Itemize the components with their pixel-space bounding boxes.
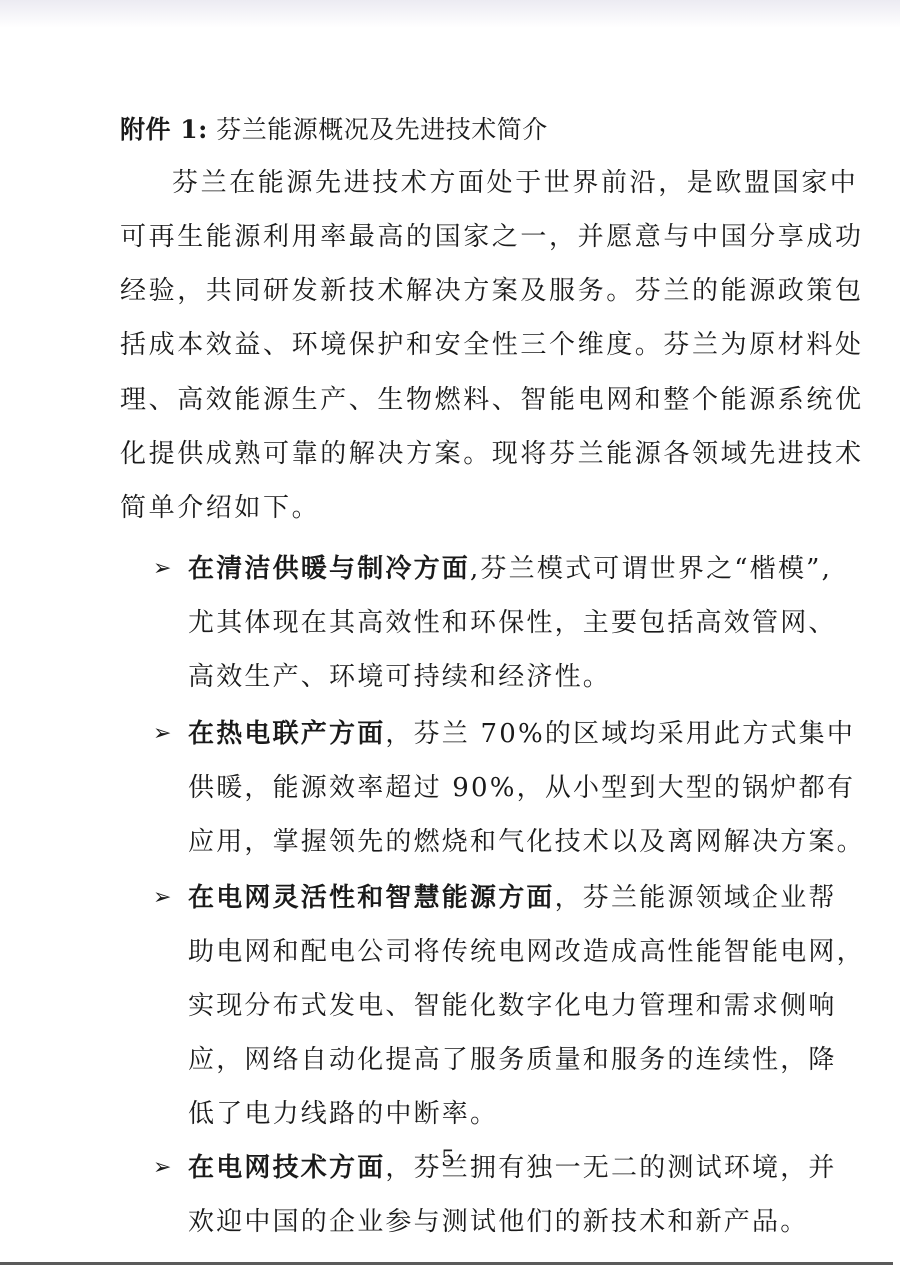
bullet-text: ，芬兰能源领域企业帮 <box>555 883 837 913</box>
arrow-bullet-icon: ➢ <box>153 718 171 750</box>
intro-line: 经验，共同研发新技术解决方案及服务。芬兰的能源政策包 <box>120 275 864 307</box>
bullet-line: 尤其体现在其高效性和环保性，主要包括高效管网、 <box>188 607 837 639</box>
intro-line: 简单介绍如下。 <box>120 492 320 524</box>
bullet-line: 低了电力线路的中断率。 <box>188 1098 498 1130</box>
page-number: - 5 - <box>0 1147 900 1172</box>
intro-line: 可再生能源利用率最高的国家之一，并愿意与中国分享成功 <box>120 221 864 253</box>
bullet-text: ，芬兰 70%的区域均采用此方式集中 <box>385 719 855 749</box>
bullet-heading: 在清洁供暖与制冷方面 <box>188 554 470 584</box>
bullet-text: ,芬兰模式可谓世界之“楷模”, <box>470 554 832 584</box>
bullet-item-clean-heating: 在清洁供暖与制冷方面,芬兰模式可谓世界之“楷模”, <box>188 553 832 585</box>
bullet-line: 实现分布式发电、智能化数字化电力管理和需求侧响 <box>188 990 837 1022</box>
intro-line: 理、高效能源生产、生物燃料、智能电网和整个能源系统优 <box>120 384 864 416</box>
title-text: 芬兰能源概况及先进技术简介 <box>216 115 548 144</box>
bullet-line: 供暖，能源效率超过 90%，从小型到大型的锅炉都有 <box>188 772 855 804</box>
intro-line: 化提供成熟可靠的解决方案。现将芬兰能源各领域先进技术 <box>120 438 864 470</box>
title-prefix: 附件 1: <box>120 115 208 144</box>
bullet-item-chp: 在热电联产方面，芬兰 70%的区域均采用此方式集中 <box>188 718 855 750</box>
bullet-line: 高效生产、环境可持续和经济性。 <box>188 661 611 693</box>
bullet-heading: 在热电联产方面 <box>188 719 385 749</box>
arrow-bullet-icon: ➢ <box>153 553 171 585</box>
document-page: 附件 1: 芬兰能源概况及先进技术简介 芬兰在能源先进技术方面处于世界前沿，是欧… <box>0 0 900 1267</box>
bullet-item-grid-flexibility: 在电网灵活性和智慧能源方面，芬兰能源领域企业帮 <box>188 882 837 914</box>
bullet-line: 应用，掌握领先的燃烧和气化技术以及离网解决方案。 <box>188 826 865 858</box>
bullet-line: 应，网络自动化提高了服务质量和服务的连续性，降 <box>188 1044 837 1076</box>
intro-line: 芬兰在能源先进技术方面处于世界前沿，是欧盟国家中 <box>172 167 858 199</box>
bullet-heading: 在电网灵活性和智慧能源方面 <box>188 883 555 913</box>
intro-line: 括成本效益、环境保护和安全性三个维度。芬兰为原材料处 <box>120 329 864 361</box>
bullet-line: 助电网和配电公司将传统电网改造成高性能智能电网， <box>188 936 865 968</box>
page-title: 附件 1: 芬兰能源概况及先进技术简介 <box>120 114 548 146</box>
arrow-bullet-icon: ➢ <box>153 882 171 914</box>
scan-bottom-edge <box>0 1262 893 1265</box>
bullet-line: 欢迎中国的企业参与测试他们的新技术和新产品。 <box>188 1206 808 1238</box>
